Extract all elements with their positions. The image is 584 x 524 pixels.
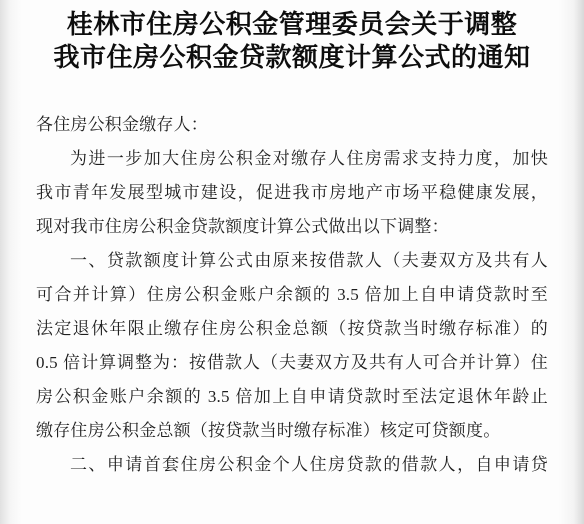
body-line: 为进一步加大住房公积金对缴存人住房需求支持力度，加快	[36, 142, 548, 176]
body-line: 可合并计算）住房公积金账户余额的 3.5 倍加上自申请贷款时至	[36, 278, 548, 312]
body-line: 房公积金账户余额的 3.5 倍加上自申请贷款时至法定退休年龄止	[36, 380, 548, 414]
body-line: 现对我市住房公积金贷款额度计算公式做出以下调整：	[36, 210, 548, 244]
notice-title-line1: 桂林市住房公积金管理委员会关于调整	[0, 8, 584, 41]
body-line: 我市青年发展型城市建设，促进我市房地产市场平稳健康发展，	[36, 176, 548, 210]
scan-shadow-left	[0, 0, 22, 524]
body-line: 缴存住房公积金总额（按贷款当时缴存标准）核定可贷额度。	[36, 414, 548, 448]
salutation-line: 各住房公积金缴存人：	[36, 108, 548, 142]
scan-shadow-right	[558, 0, 584, 524]
body-line-item-2: 二、申请首套住房公积金个人住房贷款的借款人，自申请贷	[36, 448, 548, 482]
body-line-item-1: 一、贷款额度计算公式由原来按借款人（夫妻双方及共有人	[36, 244, 548, 278]
body-line: 0.5 倍计算调整为：按借款人（夫妻双方及共有人可合并计算）住	[36, 346, 548, 380]
notice-title: 桂林市住房公积金管理委员会关于调整 我市住房公积金贷款额度计算公式的通知	[0, 0, 584, 74]
notice-page: 桂林市住房公积金管理委员会关于调整 我市住房公积金贷款额度计算公式的通知 各住房…	[0, 0, 584, 524]
notice-body: 各住房公积金缴存人： 为进一步加大住房公积金对缴存人住房需求支持力度，加快 我市…	[36, 108, 548, 482]
notice-title-line2: 我市住房公积金贷款额度计算公式的通知	[0, 41, 584, 74]
body-line: 法定退休年限止缴存住房公积金总额（按贷款当时缴存标准）的	[36, 312, 548, 346]
